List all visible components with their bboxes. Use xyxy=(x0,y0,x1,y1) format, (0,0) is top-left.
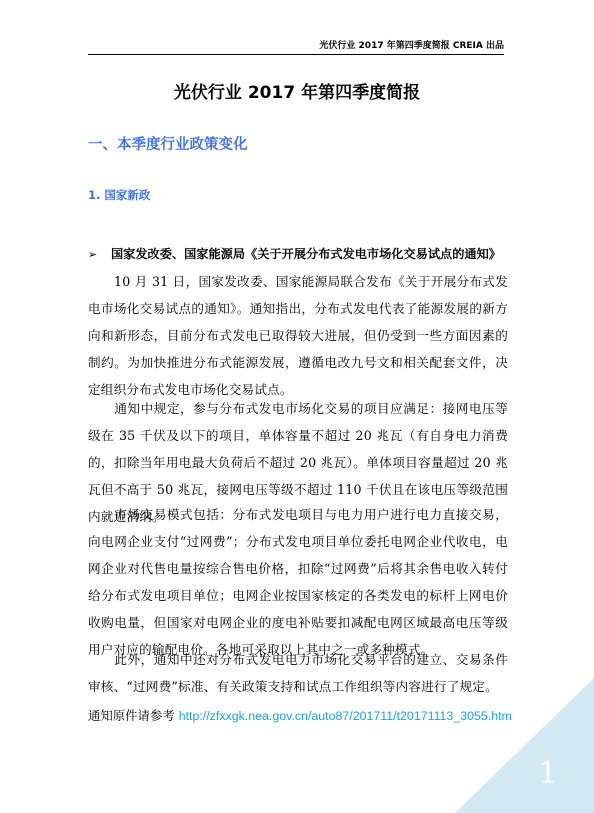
paragraph-text: 10 月 31 日，国家发改委、国家能源局联合发布《关于开展分布式发电市场化交易… xyxy=(88,274,508,397)
paragraph-text: 市场交易模式包括：分布式发电项目与电力用户进行电力直接交易，向电网企业支付“过网… xyxy=(88,507,508,657)
paragraph-text: 此外，通知中还对分布式发电电力市场化交易平台的建立、交易条件审核、“过网费”标准… xyxy=(88,652,508,694)
subsection-heading: 1. 国家新政 xyxy=(88,187,150,203)
paragraph: 10 月 31 日，国家发改委、国家能源局联合发布《关于开展分布式发电市场化交易… xyxy=(88,268,508,403)
page-number: 1 xyxy=(528,756,568,791)
reference-label: 通知原件请参考 xyxy=(88,708,179,723)
paragraph: 市场交易模式包括：分布式发电项目与电力用户进行电力直接交易，向电网企业支付“过网… xyxy=(88,501,508,663)
bullet-item: ➢国家发改委、国家能源局《关于开展分布式发电市场化交易试点的通知》 xyxy=(88,245,501,262)
header-divider xyxy=(88,54,504,55)
running-header: 光伏行业 2017 年第四季度简报 CREIA 出品 xyxy=(88,38,504,51)
reference-link[interactable]: http://zfxxgk.nea.gov.cn/auto87/201711/t… xyxy=(179,709,512,723)
bullet-text: 国家发改委、国家能源局《关于开展分布式发电市场化交易试点的通知》 xyxy=(111,247,501,261)
arrow-bullet-icon: ➢ xyxy=(88,248,111,261)
reference-line: 通知原件请参考 http://zfxxgk.nea.gov.cn/auto87/… xyxy=(88,706,512,724)
paragraph: 此外，通知中还对分布式发电电力市场化交易平台的建立、交易条件审核、“过网费”标准… xyxy=(88,646,508,700)
section-heading: 一、本季度行业政策变化 xyxy=(88,133,248,154)
document-title: 光伏行业 2017 年第四季度简报 xyxy=(0,78,594,103)
